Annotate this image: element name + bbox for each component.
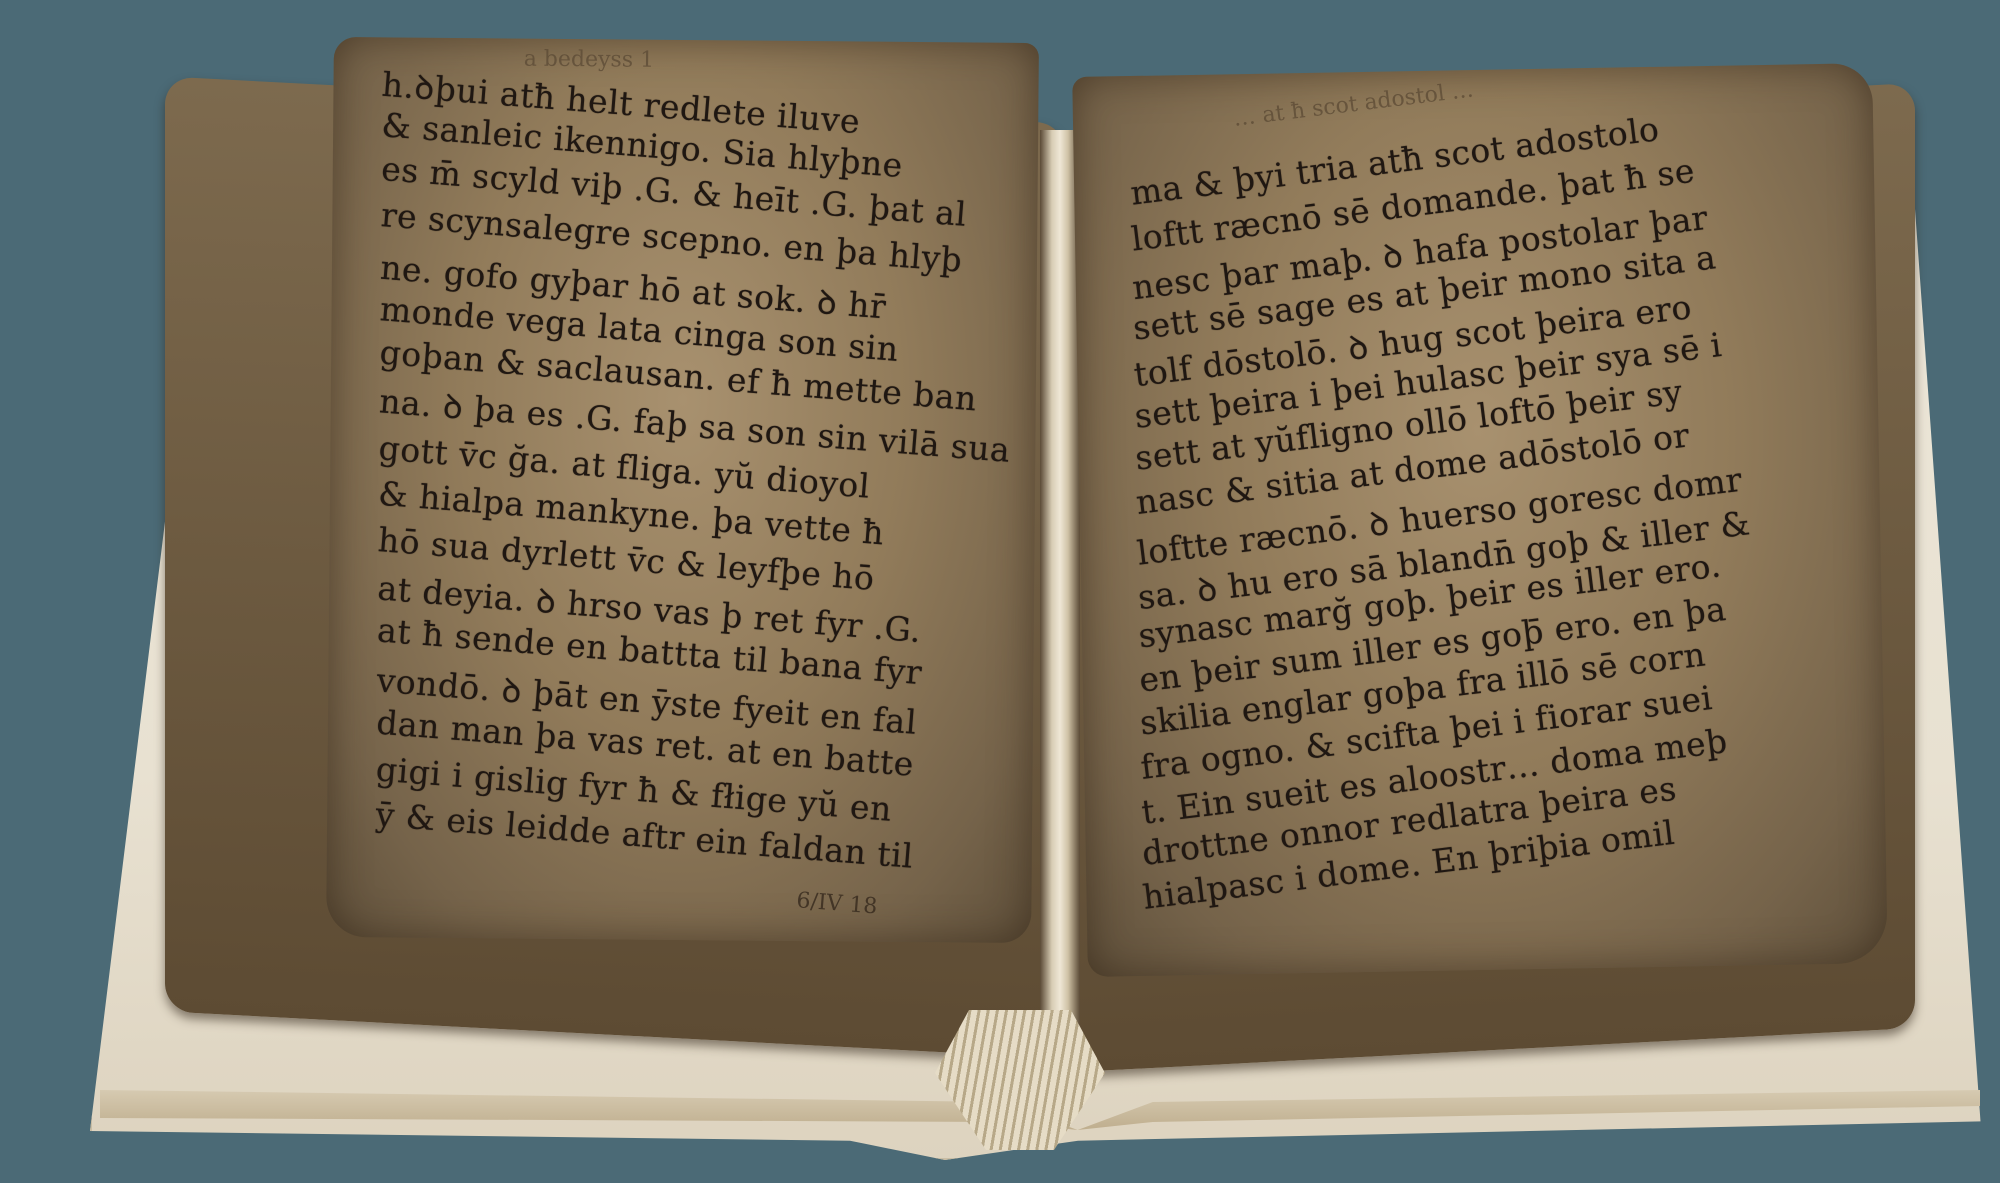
- left-page: a bedeyss 1 h.ꝺþui atħ helt redlete iluv…: [326, 37, 1039, 943]
- left-header-mark: a bedeyss 1: [524, 47, 655, 73]
- right-header-mark: … at ħ scot adostol …: [1232, 78, 1475, 132]
- left-page-text: h.ꝺþui atħ helt redlete iluve & sanleic …: [334, 37, 1039, 43]
- book-gutter: [1040, 130, 1080, 1090]
- right-page: … at ħ scot adostol … ma & þyi tria atħ …: [1072, 63, 1888, 977]
- folio-mark: 6/IV 18: [796, 888, 879, 919]
- manuscript-scene: a bedeyss 1 h.ꝺþui atħ helt redlete iluv…: [0, 0, 2000, 1183]
- right-page-text: ma & þyi tria atħ scot adostolo loftt ræ…: [1072, 63, 1872, 77]
